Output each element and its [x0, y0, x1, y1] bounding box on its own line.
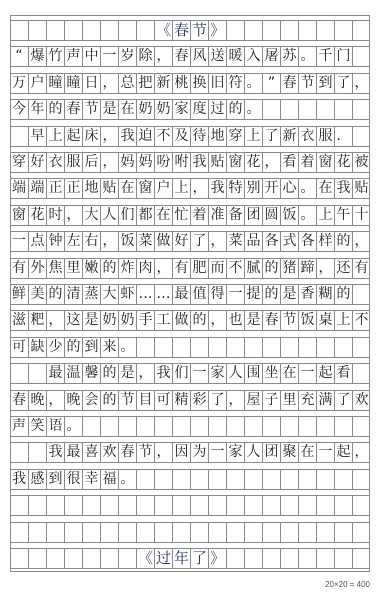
grid-cell: 千: [316, 47, 334, 66]
text-row: 早上起床，我迫不及待地穿上了新衣服．: [10, 126, 370, 147]
grid-cell: 们: [118, 206, 136, 225]
grid-cell: 被: [352, 153, 370, 172]
grid-cell: 清: [64, 285, 82, 304]
grid-cell: ，: [352, 232, 370, 251]
grid-cell: 着: [190, 206, 208, 225]
grid-cell: 苏: [280, 47, 298, 66]
grid-cell: 暖: [226, 47, 244, 66]
grid-cell: [28, 523, 46, 542]
grid-cell: 好: [172, 232, 190, 251]
grid-cell: 妈: [118, 153, 136, 172]
grid-cell: 上: [46, 127, 64, 146]
grid-cell: [64, 549, 82, 568]
grid-cell: 。: [244, 74, 262, 93]
grid-cell: [298, 100, 316, 119]
grid-cell: 起: [334, 443, 352, 462]
grid-cell: [28, 364, 46, 383]
grid-cell: 肉: [136, 259, 154, 278]
grid-cell: 服: [64, 153, 82, 172]
grid-cell: [208, 496, 226, 515]
grid-cell: 嫩: [82, 259, 100, 278]
text-row: “爆竹声中一岁除，春风送暖入屠苏。千门: [10, 46, 370, 67]
grid-cell: 温: [64, 364, 82, 383]
grid-cell: 瞳: [46, 74, 64, 93]
grid-cell: ，: [352, 443, 370, 462]
grid-cell: 。: [298, 179, 316, 198]
grid-cell: 上: [334, 311, 352, 330]
grid-cell: 在: [298, 443, 316, 462]
grid-cell: ，: [154, 47, 172, 66]
grid-cell: 待: [190, 127, 208, 146]
grid-cell: 我: [208, 179, 226, 198]
grid-cell: 节: [82, 100, 100, 119]
grid-cell: [208, 523, 226, 542]
grid-cell: 右: [82, 232, 100, 251]
grid-cell: 爆: [28, 47, 46, 66]
grid-cell: 精: [172, 391, 190, 410]
text-row: 最温馨的是，我们一家人围坐在一起看: [10, 363, 370, 384]
grid-cell: [64, 21, 82, 40]
grid-cell: [352, 338, 370, 357]
grid-cell: ”: [262, 74, 280, 93]
grid-cell: 正: [46, 179, 64, 198]
grid-cell: 的: [100, 364, 118, 383]
grid-cell: 过: [154, 549, 172, 568]
grid-cell: [28, 21, 46, 40]
grid-cell: [316, 523, 334, 542]
grid-cell: 户: [154, 179, 172, 198]
grid-cell: 端: [28, 179, 46, 198]
grid-cell: 把: [136, 74, 154, 93]
grid-cell: 奶: [154, 100, 172, 119]
grid-cell: [352, 496, 370, 515]
grid-cell: [316, 417, 334, 436]
grid-cell: 声: [10, 417, 28, 436]
grid-cell: 在: [154, 206, 172, 225]
grid-cell: ，: [100, 232, 118, 251]
grid-cell: [280, 496, 298, 515]
grid-cell: 晚: [64, 391, 82, 410]
text-row: 穿好衣服后，妈妈吩咐我贴窗花，看着窗花被: [10, 152, 370, 173]
grid-cell: [226, 549, 244, 568]
grid-cell: 衣: [298, 127, 316, 146]
grid-cell: [298, 338, 316, 357]
grid-cell: [226, 417, 244, 436]
grid-cell: [208, 417, 226, 436]
grid-cell: 看: [334, 364, 352, 383]
grid-cell: 的: [100, 259, 118, 278]
text-row: 声笑语。: [10, 416, 370, 437]
grid-cell: [352, 21, 370, 40]
grid-cell: 在: [118, 100, 136, 119]
grid-cell: [226, 496, 244, 515]
grid-cell: [154, 338, 172, 357]
grid-cell: 穿: [226, 127, 244, 146]
grid-cell: 的: [46, 285, 64, 304]
grid-cell: [172, 470, 190, 489]
grid-cell: 还: [334, 259, 352, 278]
grid-cell: 特: [226, 179, 244, 198]
grid-cell: 窗: [316, 153, 334, 172]
grid-cell: [82, 523, 100, 542]
grid-cell: 花: [244, 153, 262, 172]
grid-cell: 节: [118, 391, 136, 410]
title-row: 《过年了》: [10, 548, 370, 569]
text-row: 一点钟左右，饭菜做好了，菜品各式各样的，: [10, 231, 370, 252]
grid-cell: [352, 470, 370, 489]
grid-cell: [316, 21, 334, 40]
grid-cell: [100, 417, 118, 436]
grid-cell: 少: [46, 338, 64, 357]
text-row: 可缺少的到来。: [10, 337, 370, 358]
grid-cell: 喜: [82, 443, 100, 462]
grid-cell: 我: [10, 470, 28, 489]
grid-cell: 屋: [244, 391, 262, 410]
grid-cell: 我: [154, 364, 172, 383]
grid-cell: 晚: [28, 391, 46, 410]
text-row: [10, 522, 370, 543]
text-row: 端端正正地贴在窗户上，我特别开心。在我贴: [10, 178, 370, 199]
grid-cell: [82, 417, 100, 436]
grid-cell: 饭: [298, 311, 316, 330]
grid-cell: 春: [10, 391, 28, 410]
grid-cell: 窗: [10, 206, 28, 225]
grid-cell: [280, 549, 298, 568]
grid-cell: [10, 443, 28, 462]
grid-cell: [226, 21, 244, 40]
grid-cell: 中: [82, 47, 100, 66]
text-row: 滋粑，这是奶奶手工做的，也是春节饭桌上不: [10, 310, 370, 331]
grid-cell: 窗: [136, 179, 154, 198]
grid-cell: 工: [154, 311, 172, 330]
grid-cell: 里: [280, 391, 298, 410]
grid-cell: 十: [352, 206, 370, 225]
grid-cell: 穿: [10, 153, 28, 172]
grid-cell: 节: [280, 311, 298, 330]
grid-cell: 来: [100, 338, 118, 357]
grid-cell: [46, 523, 64, 542]
grid-cell: 到: [82, 338, 100, 357]
grid-cell: [190, 417, 208, 436]
grid-cell: 花: [334, 153, 352, 172]
grid-cell: [136, 417, 154, 436]
grid-cell: 一: [226, 285, 244, 304]
grid-cell: [280, 523, 298, 542]
grid-cell: ，: [190, 179, 208, 198]
text-row: 今年的春节是在奶奶家度过的。: [10, 99, 370, 120]
grid-cell: ，: [100, 153, 118, 172]
grid-cell: [244, 338, 262, 357]
grid-cell: 午: [334, 206, 352, 225]
grid-cell: 最: [64, 443, 82, 462]
grid-cell: 欢: [100, 443, 118, 462]
grid-cell: 。: [64, 417, 82, 436]
grid-cell: 春: [172, 47, 190, 66]
grid-cell: 不: [226, 259, 244, 278]
grid-cell: [352, 285, 370, 304]
grid-cell: 可: [10, 338, 28, 357]
grid-cell: 大: [100, 285, 118, 304]
grid-cell: 式: [280, 232, 298, 251]
grid-cell: 蹄: [298, 259, 316, 278]
grid-cell: [280, 100, 298, 119]
grid-cell: 贴: [100, 179, 118, 198]
grid-cell: 地: [208, 127, 226, 146]
grid-cell: [262, 21, 280, 40]
grid-cell: 美: [28, 285, 46, 304]
grid-cell: 到: [316, 74, 334, 93]
grid-cell: [10, 549, 28, 568]
grid-cell: 鲜: [10, 285, 28, 304]
text-row: 春晚，晚会的节目可精彩了，屋子里充满了欢: [10, 390, 370, 411]
grid-cell: [280, 338, 298, 357]
grid-cell: [334, 523, 352, 542]
grid-cell: 起: [316, 364, 334, 383]
grid-cell: [316, 496, 334, 515]
grid-cell: 正: [64, 179, 82, 198]
grid-cell: 圆: [262, 206, 280, 225]
grid-count-label: 20×20 = 400: [325, 580, 370, 589]
grid-cell: [244, 417, 262, 436]
grid-cell: 贴: [208, 153, 226, 172]
text-row: 我最喜欢春节，因为一家人团聚在一起，: [10, 442, 370, 463]
grid-cell: [226, 523, 244, 542]
grid-cell: [100, 549, 118, 568]
grid-cell: [334, 549, 352, 568]
grid-cell: 上: [244, 127, 262, 146]
grid-cell: 衣: [46, 153, 64, 172]
grid-cell: 一: [208, 443, 226, 462]
grid-cell: 在: [118, 179, 136, 198]
grid-cell: [154, 417, 172, 436]
grid-cell: 各: [262, 232, 280, 251]
grid-cell: 缺: [28, 338, 46, 357]
grid-cell: 最: [172, 285, 190, 304]
text-row: 万户瞳瞳日，总把新桃换旧符。”春节到了，: [10, 73, 370, 94]
grid-cell: [172, 523, 190, 542]
grid-cell: 岁: [118, 47, 136, 66]
grid-cell: 备: [226, 206, 244, 225]
grid-cell: 福: [100, 470, 118, 489]
grid-cell: 瞳: [64, 74, 82, 93]
grid-cell: …: [136, 285, 154, 304]
grid-cell: 彩: [190, 391, 208, 410]
grid-cell: 奶: [136, 100, 154, 119]
grid-cell: [118, 549, 136, 568]
grid-cell: 了: [334, 74, 352, 93]
grid-cell: 我: [190, 153, 208, 172]
grid-cell: 日: [82, 74, 100, 93]
grid-cell: ，: [226, 391, 244, 410]
grid-cell: [64, 496, 82, 515]
grid-cell: 欢: [352, 391, 370, 410]
grid-cell: 钟: [46, 232, 64, 251]
grid-cell: 一: [298, 364, 316, 383]
grid-cell: [136, 21, 154, 40]
grid-cell: [10, 127, 28, 146]
grid-cell: 户: [28, 74, 46, 93]
grid-cell: [100, 21, 118, 40]
grid-cell: ，: [262, 153, 280, 172]
grid-cell: 换: [190, 74, 208, 93]
grid-cell: …: [154, 285, 172, 304]
grid-cell: 节: [190, 21, 208, 40]
text-row: 窗花时，大人们都在忙着准备团圆饭。上午十: [10, 205, 370, 226]
grid-cell: [10, 496, 28, 515]
grid-cell: [244, 549, 262, 568]
grid-cell: 我: [334, 179, 352, 198]
grid-cell: [190, 523, 208, 542]
grid-cell: 到: [46, 470, 64, 489]
grid-cell: [298, 21, 316, 40]
grid-cell: [190, 338, 208, 357]
grid-cell: ，: [208, 232, 226, 251]
grid-cell: [352, 549, 370, 568]
grid-cell: [154, 523, 172, 542]
grid-cell: [352, 364, 370, 383]
grid-cell: 春: [118, 443, 136, 462]
grid-cell: [298, 417, 316, 436]
grid-cell: [82, 549, 100, 568]
grid-cell: 我: [46, 443, 64, 462]
grid-cell: 有: [10, 259, 28, 278]
grid-cell: [244, 21, 262, 40]
grid-cell: 春: [262, 311, 280, 330]
grid-cell: 腻: [244, 259, 262, 278]
grid-cell: 左: [64, 232, 82, 251]
grid-cell: 是: [280, 285, 298, 304]
grid-cell: 坐: [262, 364, 280, 383]
grid-cell: 床: [82, 127, 100, 146]
grid-cell: 除: [136, 47, 154, 66]
grid-cell: 《: [136, 549, 154, 568]
grid-cell: [352, 127, 370, 146]
grid-cell: ，: [154, 443, 172, 462]
grid-cell: 的: [226, 100, 244, 119]
grid-cell: [136, 523, 154, 542]
grid-cell: 了: [334, 391, 352, 410]
grid-cell: 目: [136, 391, 154, 410]
grid-cell: 总: [118, 74, 136, 93]
grid-cell: 》: [208, 21, 226, 40]
grid-cell: 旧: [208, 74, 226, 93]
grid-cell: 声: [64, 47, 82, 66]
grid-cell: 家: [226, 443, 244, 462]
grid-cell: 因: [172, 443, 190, 462]
grid-cell: 吩: [154, 153, 172, 172]
grid-cell: [352, 417, 370, 436]
grid-cell: 在: [280, 364, 298, 383]
grid-cell: 节: [298, 74, 316, 93]
grid-cell: 风: [190, 47, 208, 66]
grid-cell: [262, 338, 280, 357]
grid-cell: 的: [190, 311, 208, 330]
grid-cell: 里: [64, 259, 82, 278]
text-row: 鲜美的清蒸大虾……最值得一提的是香糊的: [10, 284, 370, 305]
grid-cell: 外: [28, 259, 46, 278]
text-row: 有外焦里嫩的炸肉，有肥而不腻的猪蹄，还有: [10, 258, 370, 279]
grid-cell: [28, 549, 46, 568]
grid-cell: [334, 470, 352, 489]
grid-cell: 。: [118, 470, 136, 489]
grid-cell: 各: [298, 232, 316, 251]
grid-cell: 。: [244, 100, 262, 119]
grid-cell: 春: [64, 100, 82, 119]
text-row: 我感到很幸福。: [10, 469, 370, 490]
grid-cell: ，: [352, 74, 370, 93]
grid-cell: 菜: [226, 232, 244, 251]
grid-cell: 贴: [352, 179, 370, 198]
grid-cell: 大: [82, 206, 100, 225]
grid-cell: 围: [244, 364, 262, 383]
text-row: [10, 495, 370, 516]
grid-cell: 馨: [82, 364, 100, 383]
grid-cell: 新: [280, 127, 298, 146]
grid-cell: 门: [334, 47, 352, 66]
grid-cell: [280, 470, 298, 489]
grid-cell: [262, 496, 280, 515]
grid-cell: [262, 470, 280, 489]
grid-cell: ，: [46, 391, 64, 410]
grid-cell: 饭: [118, 232, 136, 251]
grid-cell: ，: [46, 311, 64, 330]
grid-cell: [244, 523, 262, 542]
grid-cell: 一: [100, 47, 118, 66]
grid-cell: [10, 21, 28, 40]
grid-cell: 》: [208, 549, 226, 568]
grid-cell: 的: [100, 391, 118, 410]
grid-cell: 迫: [136, 127, 154, 146]
grid-cell: 奶: [100, 311, 118, 330]
grid-cell: ，: [100, 127, 118, 146]
grid-cell: 手: [136, 311, 154, 330]
grid-cell: 一: [190, 364, 208, 383]
grid-cell: 了: [190, 232, 208, 251]
grid-cell: [154, 496, 172, 515]
grid-cell: 及: [172, 127, 190, 146]
grid-cell: 得: [208, 285, 226, 304]
grid-cell: 滋: [10, 311, 28, 330]
grid-cell: [298, 470, 316, 489]
grid-cell: 一: [10, 232, 28, 251]
grid-cell: 着: [298, 153, 316, 172]
grid-cell: 猪: [280, 259, 298, 278]
grid-cell: 人: [244, 443, 262, 462]
grid-cell: 咐: [172, 153, 190, 172]
grid-cell: 是: [244, 311, 262, 330]
grid-cell: 人: [100, 206, 118, 225]
grid-cell: “: [10, 47, 28, 66]
grid-cell: [100, 496, 118, 515]
grid-cell: [262, 100, 280, 119]
grid-cell: 奶: [118, 311, 136, 330]
grid-cell: [190, 470, 208, 489]
grid-cell: 度: [190, 100, 208, 119]
grid-cell: [136, 338, 154, 357]
grid-cell: 年: [172, 549, 190, 568]
grid-cell: [28, 496, 46, 515]
grid-cell: [280, 417, 298, 436]
grid-cell: [226, 470, 244, 489]
grid-cell: 幸: [82, 470, 100, 489]
grid-cell: 的: [334, 232, 352, 251]
grid-cell: [262, 523, 280, 542]
grid-cell: 端: [10, 179, 28, 198]
grid-cell: [298, 496, 316, 515]
grid-cell: 新: [154, 74, 172, 93]
grid-cell: 窗: [226, 153, 244, 172]
grid-cell: 而: [208, 259, 226, 278]
